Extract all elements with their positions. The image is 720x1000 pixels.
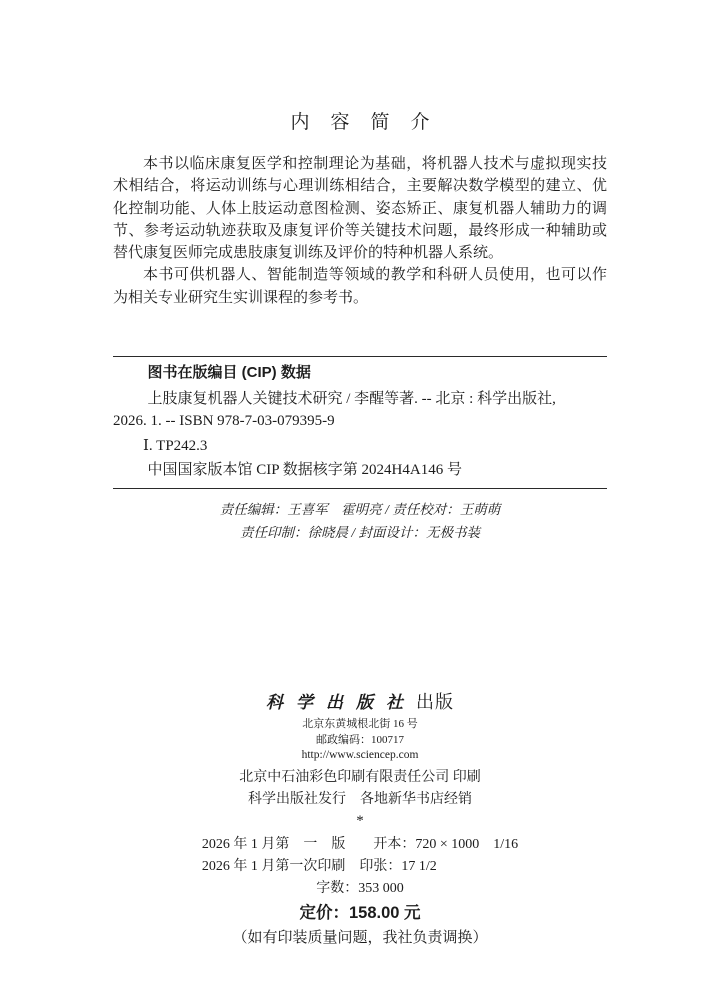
printer-line: 北京中石油彩色印刷有限责任公司 印刷 xyxy=(113,767,607,789)
intro-paragraph-1: 本书以临床康复医学和控制理论为基础，将机器人技术与虚拟现实技术相结合，将运动训练… xyxy=(113,153,607,264)
publisher-postcode: 邮政编码：100717 xyxy=(113,732,607,748)
quality-note: （如有印装质量问题，我社负责调换） xyxy=(113,927,607,949)
edition-line2: 2026 年 1 月第一次印刷 印张：17 1/2 xyxy=(202,856,518,878)
wordcount-line: 字数：353 000 xyxy=(113,878,607,900)
intro-section: 本书以临床康复医学和控制理论为基础，将机器人技术与虚拟现实技术相结合，将运动训练… xyxy=(113,153,607,309)
printing-block: 北京中石油彩色印刷有限责任公司 印刷 科学出版社发行 各地新华书店经销 xyxy=(113,767,607,811)
edition-block: 2026 年 1 月第 一 版 开本：720 × 1000 1/16 2026 … xyxy=(202,834,518,878)
distribution-line: 科学出版社发行 各地新华书店经销 xyxy=(113,789,607,811)
cip-entry-line1: 上肢康复机器人关键技术研究 / 李醒等著. -- 北京 : 科学出版社, xyxy=(113,388,607,410)
publisher-logo: 科学出版社出版 xyxy=(113,690,607,716)
cip-classification: Ⅰ. TP242.3 xyxy=(113,435,607,457)
staff-credits: 责任编辑：王喜军 霍明亮 / 责任校对：王萌萌 责任印制：徐晓晨 / 封面设计：… xyxy=(113,498,607,544)
price-line: 定价：158.00 元 xyxy=(113,902,607,924)
publisher-logo-script: 科学出版社 xyxy=(266,693,416,712)
cip-data-box: 图书在版编目 (CIP) 数据 上肢康复机器人关键技术研究 / 李醒等著. --… xyxy=(113,356,607,489)
cip-census-number: 中国国家版本馆 CIP 数据核字第 2024H4A146 号 xyxy=(113,459,607,481)
cip-header: 图书在版编目 (CIP) 数据 xyxy=(113,362,607,384)
staff-design-line: 责任印制：徐晓晨 / 封面设计：无极书装 xyxy=(113,521,607,544)
cip-entry-line2: 2026. 1. -- ISBN 978-7-03-079395-9 xyxy=(113,410,607,432)
intro-paragraph-2: 本书可供机器人、智能制造等领域的教学和科研人员使用，也可以作为相关专业研究生实训… xyxy=(113,264,607,309)
publisher-logo-suffix: 出版 xyxy=(416,692,454,712)
page-title: 内容简介 xyxy=(113,112,607,134)
copyright-page: 内容简介 本书以临床康复医学和控制理论为基础，将机器人技术与虚拟现实技术相结合，… xyxy=(0,0,720,1000)
publisher-block: 科学出版社出版 北京东黄城根北街 16 号 邮政编码：100717 http:/… xyxy=(113,690,607,763)
publisher-address: 北京东黄城根北街 16 号 xyxy=(113,716,607,732)
publisher-website: http://www.sciencep.com xyxy=(113,748,607,763)
edition-line1: 2026 年 1 月第 一 版 开本：720 × 1000 1/16 xyxy=(202,834,518,856)
staff-editors-line: 责任编辑：王喜军 霍明亮 / 责任校对：王萌萌 xyxy=(113,498,607,521)
asterisk-separator: * xyxy=(113,813,607,830)
